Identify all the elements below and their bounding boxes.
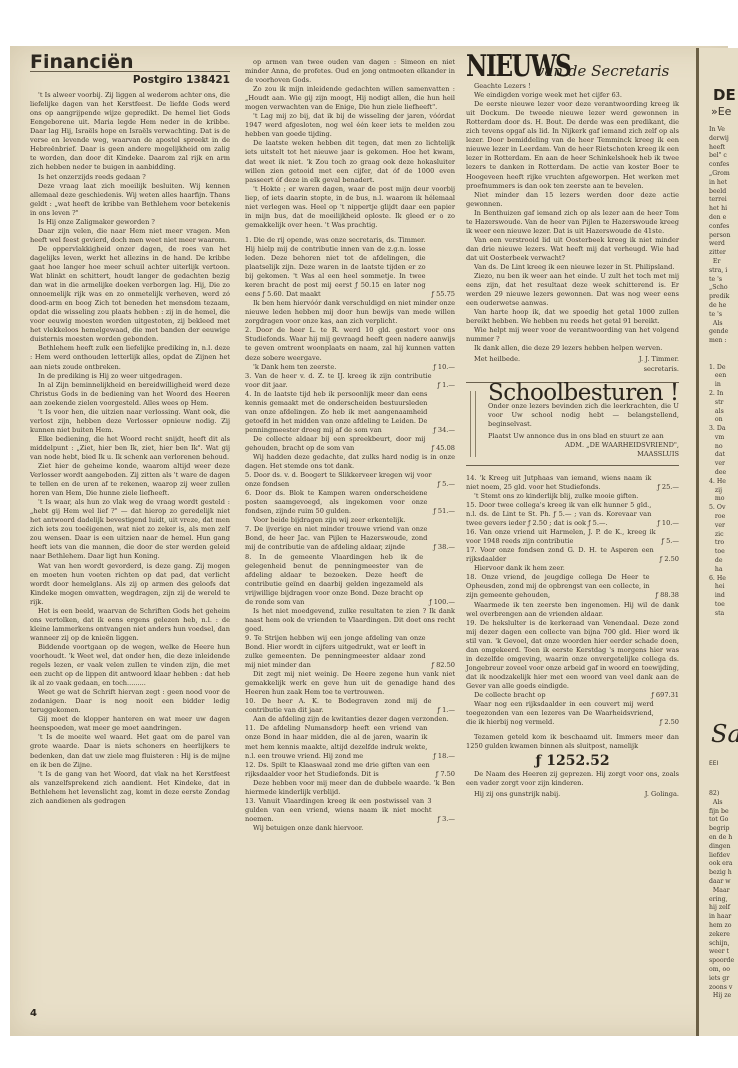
financien-body: 't Is alweer voorbij. Zij liggen al wede… bbox=[30, 91, 230, 806]
paragraph: 't Is de gang van het Woord, dat vlak na… bbox=[30, 770, 230, 806]
advert-call: Plaatst Uw annonce dus in ons blad en st… bbox=[488, 432, 679, 441]
text-line: begrip bbox=[709, 825, 734, 834]
paragraph: Zo zou ik mijn inleidende gedachten will… bbox=[245, 85, 455, 112]
text-line bbox=[709, 346, 730, 355]
text-line: person bbox=[709, 232, 730, 241]
paragraph: Het is een beeld, waarvan de Schriften G… bbox=[30, 607, 230, 643]
text-line: 2. In bbox=[709, 390, 730, 399]
donation-entry: De collecte aldaar bij een spreekbeurt, … bbox=[245, 435, 455, 453]
entry-text: 10. De heer A. K. te Bodegraven zond mij… bbox=[245, 697, 432, 715]
paragraph: We eindigden vorige week met het cijfer … bbox=[466, 91, 679, 100]
donation-entry: De collecte bracht opƒ 697.31 bbox=[466, 691, 679, 700]
donation-entry: 10. De heer A. K. te Bodegraven zond mij… bbox=[245, 697, 455, 715]
text-line: hem zo bbox=[709, 922, 734, 931]
adjacent-text: In Vederwijheeftbel" cconfes„Gromin hetb… bbox=[709, 126, 730, 619]
text-line: dee bbox=[709, 469, 730, 478]
text-line: liefdev bbox=[709, 852, 734, 861]
donation-entry: 't Stemt ons zo kinderlijk blij, zulke m… bbox=[466, 492, 679, 501]
entry-amount: ƒ 18.— bbox=[427, 752, 455, 761]
advert-body: Onder onze lezers bevinden zich die leer… bbox=[488, 402, 679, 429]
text-line: ver bbox=[709, 522, 730, 531]
paragraph: In al Zijn beminnelijkheid en bereidwill… bbox=[30, 381, 230, 408]
paragraph: 't Is de moeite wel waard. Het gaat om d… bbox=[30, 733, 230, 769]
donation-entry: 12. Ds. Spilt te Klaaswaal zond me drie … bbox=[245, 761, 455, 779]
adjacent-section-text: 82) Alsfijn betot Gobegripen de hdingenl… bbox=[709, 790, 734, 1001]
entry-amount: ƒ 34.— bbox=[427, 426, 455, 435]
financien-final-2: Hij zij ons gunstrijk nabij. bbox=[466, 790, 560, 799]
text-line: vm bbox=[709, 434, 730, 443]
text-line: confes bbox=[709, 223, 730, 232]
entry-text: 4. In de laatste tijd heb ik persoonlijk… bbox=[245, 390, 427, 435]
paragraph: De eerste nieuwe lezer voor deze verantw… bbox=[466, 100, 679, 190]
nieuws-header: NIEUWS van de Secretaris bbox=[466, 62, 679, 76]
paragraph: Van ds. De Lint kreeg ik een nieuwe leze… bbox=[466, 263, 679, 272]
entry-text: 16. Van onze vriend uit Harmelen, J. P. … bbox=[466, 528, 656, 546]
text-line: Maar bbox=[709, 887, 734, 896]
text-line: dingen bbox=[709, 843, 734, 852]
text-line: Hij ze bbox=[709, 992, 734, 1001]
text-line: weer t bbox=[709, 948, 734, 957]
donation-entry: Deze hebben voor mij meer dan de dubbele… bbox=[245, 779, 455, 797]
text-line: ver bbox=[709, 460, 730, 469]
entry-text: 12. Ds. Spilt te Klaaswaal zond me drie … bbox=[245, 761, 430, 779]
text-line: no bbox=[709, 443, 730, 452]
paragraph: Wat van hen wordt gevorderd, is deze gan… bbox=[30, 562, 230, 607]
text-line: on bbox=[709, 416, 730, 425]
donation-entry: 3. Van de heer v. d. Z. te IJ. kreeg ik … bbox=[245, 372, 455, 390]
text-line: heeft bbox=[709, 144, 730, 153]
entry-text: 18. Onze vriend, de jeugdige collega De … bbox=[466, 573, 650, 600]
financien-continuation: op armen van twee ouden van dagen : Sime… bbox=[245, 58, 455, 230]
text-line: bezig h bbox=[709, 869, 734, 878]
text-line: tro bbox=[709, 539, 730, 548]
text-line: toe bbox=[709, 548, 730, 557]
paragraph: Niet minder dan 15 lezers werden door de… bbox=[466, 191, 679, 209]
donation-entry: Wij hadden deze gedachte, dat zulks hard… bbox=[245, 453, 455, 471]
donation-entry: 7. De ijverige en niet minder trouwe vri… bbox=[245, 525, 455, 552]
text-line: in het bbox=[709, 179, 730, 188]
text-line: „Scho bbox=[709, 284, 730, 293]
paragraph: De laatste weken hebben dit tegen, dat m… bbox=[245, 139, 455, 184]
text-line: de bbox=[709, 557, 730, 566]
paragraph: Bethlehem heeft zulk een liefelijke pred… bbox=[30, 344, 230, 371]
nieuws-body: We eindigden vorige week met het cijfer … bbox=[466, 91, 679, 353]
adjacent-section-sub: EEI bbox=[709, 760, 718, 769]
entry-text: 1. Die de rij opende, was onze secretari… bbox=[245, 236, 426, 299]
text-line: 82) bbox=[709, 790, 734, 799]
entry-text: 6. Door ds. Blok te Kampen waren ondersc… bbox=[245, 489, 427, 516]
paragraph: Ziet hier de geheime konde, waarom altij… bbox=[30, 462, 230, 498]
text-line: 4. He bbox=[709, 478, 730, 487]
paragraph: Van harte hoop ik, dat we spoedig het ge… bbox=[466, 308, 679, 326]
donation-entry: 'k Dank hem ten zeerste.ƒ 10.— bbox=[245, 363, 455, 372]
text-line: schijn, bbox=[709, 940, 734, 949]
donation-entry: Ik ben hem hiervóór dank verschuldigd en… bbox=[245, 299, 455, 326]
paragraph: Van een verstrooid lid uit Oosterbeek kr… bbox=[466, 236, 679, 263]
paragraph: Deze vraag laat zich moeilijk besluiten.… bbox=[30, 182, 230, 218]
advert-address-1: ADM. „DE WAARHEIDSVRIEND", bbox=[488, 441, 679, 450]
text-line: bel" c bbox=[709, 152, 730, 161]
text-line: fijn be bbox=[709, 808, 734, 817]
text-line: een bbox=[709, 372, 730, 381]
text-line: zekere bbox=[709, 931, 734, 940]
paragraph: Ziezo, nu ben ik weer aan het einde. U z… bbox=[466, 272, 679, 308]
paragraph: 't Hokte ; er waren dagen, waar de post … bbox=[245, 185, 455, 230]
text-line: tot Go bbox=[709, 816, 734, 825]
text-line: werd bbox=[709, 240, 730, 249]
donation-entry: 11. De afdeling Numansdorp heeft een vri… bbox=[245, 724, 455, 760]
paragraph: 't Is voor hen, die uitzien naar verloss… bbox=[30, 408, 230, 435]
text-line: sta bbox=[709, 610, 730, 619]
paragraph: Ik dank allen, die deze 29 lezers hebben… bbox=[466, 344, 679, 353]
entry-text: 9. Te Strijen hebben wij een jonge afdel… bbox=[245, 634, 426, 670]
paragraph: In Benthuizen gaf iemand zich op als lez… bbox=[466, 209, 679, 236]
donation-entry: 6. Door ds. Blok te Kampen waren ondersc… bbox=[245, 489, 455, 516]
text-line: ha bbox=[709, 566, 730, 575]
text-line: om, oo bbox=[709, 966, 734, 975]
text-line: „Grom bbox=[709, 170, 730, 179]
text-line: roe bbox=[709, 513, 730, 522]
nieuws-signature: Met heilbede. J. J. Timmer. secretaris. bbox=[466, 355, 679, 373]
nieuws-closing: Met heilbede. bbox=[466, 355, 520, 373]
entry-text: 14. 'k Kreeg uit Jutphaas van iemand, wi… bbox=[466, 474, 651, 492]
adjacent-section-title: Sa bbox=[711, 720, 738, 748]
entry-text: 5. Door ds. v. d. Boogert te Slikkerveer… bbox=[245, 471, 432, 489]
entry-amount: ƒ 100.— bbox=[423, 598, 455, 607]
paragraph: Biddende voortgaan op de wegen, welke de… bbox=[30, 643, 230, 688]
entry-text: 3. Van de heer v. d. Z. te IJ. kreeg ik … bbox=[245, 372, 432, 390]
paragraph: 't Lag mij zo bij, dat ik bij de wisseli… bbox=[245, 112, 455, 139]
entry-amount: ƒ 1.— bbox=[432, 381, 455, 390]
entry-text: De collecte aldaar bij een spreekbeurt, … bbox=[245, 435, 426, 453]
text-line: predik bbox=[709, 293, 730, 302]
text-line: beeld bbox=[709, 188, 730, 197]
donation-entry: 9. Te Strijen hebben wij een jonge afdel… bbox=[245, 634, 455, 670]
text-line: zij bbox=[709, 487, 730, 496]
financien-title: Financiën bbox=[30, 58, 230, 67]
advert-address-2: MAASSLUIS bbox=[488, 450, 679, 459]
text-line: zic bbox=[709, 531, 730, 540]
entry-text: De collecte bracht op bbox=[466, 691, 546, 700]
entry-amount: ƒ 38.— bbox=[427, 543, 455, 552]
donation-entry: Waarmede ik ten zeerste ben ingenomen. H… bbox=[466, 601, 679, 619]
text-line: 5. Ov bbox=[709, 504, 730, 513]
paragraph: 't Is alweer voorbij. Zij liggen al wede… bbox=[30, 91, 230, 172]
paragraph: 't Is waar, als hun zo vlak weg de vraag… bbox=[30, 498, 230, 561]
grand-total: ƒ 1252.52 bbox=[466, 757, 679, 766]
postgiro-number: Postgiro 138421 bbox=[30, 76, 230, 85]
column-financien: Financiën Postgiro 138421 't Is alweer v… bbox=[30, 58, 230, 806]
text-line: iets gr bbox=[709, 975, 734, 984]
donation-entry: 14. 'k Kreeg uit Jutphaas van iemand, wi… bbox=[466, 474, 679, 492]
text-line: daar w bbox=[709, 878, 734, 887]
text-line: spoorde bbox=[709, 957, 734, 966]
entry-amount: ƒ 5.— bbox=[432, 480, 455, 489]
entry-text: 17. Voor onze fondsen zond G. D. H. te A… bbox=[466, 546, 654, 564]
advert-title: Schoolbesturen ! bbox=[488, 389, 679, 398]
paragraph: Daar zijn velen, die naar Hem niet meer … bbox=[30, 227, 230, 245]
nieuws-title: NIEUWS bbox=[466, 62, 522, 71]
signature-role: secretaris. bbox=[644, 365, 679, 373]
text-line: gende bbox=[709, 328, 730, 337]
paragraph: Elke bediening, die het Woord recht snij… bbox=[30, 435, 230, 462]
donation-entry: 13. Vanuit Vlaardingen kreeg ik een post… bbox=[245, 797, 455, 824]
donation-entry: Voor beide bijdragen zijn wij zeer erken… bbox=[245, 516, 455, 525]
entry-amount: ƒ 25.— bbox=[651, 483, 679, 492]
donation-entry: 5. Door ds. v. d. Boogert te Slikkerveer… bbox=[245, 471, 455, 489]
page-number: 4 bbox=[30, 1008, 37, 1019]
entry-amount: ƒ 88.38 bbox=[650, 591, 679, 600]
advertisement-box: Schoolbesturen ! Onder onze lezers bevin… bbox=[466, 382, 679, 466]
donation-entry: 16. Van onze vriend uit Harmelen, J. P. … bbox=[466, 528, 679, 546]
text-line: In Ve bbox=[709, 126, 730, 135]
text-line: Er bbox=[709, 258, 730, 267]
text-line: stra, i bbox=[709, 267, 730, 276]
text-line: ind bbox=[709, 592, 730, 601]
donation-entry: Aan de afdeling zijn de kwitanties dezer… bbox=[245, 715, 455, 724]
donation-list-continued: 14. 'k Kreeg uit Jutphaas van iemand, wi… bbox=[466, 474, 679, 727]
text-line: als bbox=[709, 408, 730, 417]
text-line: te 's bbox=[709, 311, 730, 320]
text-line: hij zelf bbox=[709, 904, 734, 913]
entry-text: 7. De ijverige en niet minder trouwe vri… bbox=[245, 525, 427, 552]
entry-amount: ƒ 2.50 bbox=[654, 718, 679, 727]
donation-entry: Waar nog een rijksdaalder in een couvert… bbox=[466, 700, 679, 727]
text-line: het hi bbox=[709, 205, 730, 214]
entry-amount: ƒ 2.50 bbox=[654, 555, 679, 564]
entry-amount: ƒ 3.— bbox=[432, 815, 455, 824]
text-line: zitter bbox=[709, 249, 730, 258]
text-line: confes bbox=[709, 161, 730, 170]
financien-final: De Naam des Heeren zij geprezen. Hij zor… bbox=[466, 770, 679, 788]
entry-amount: ƒ 7.50 bbox=[430, 770, 455, 779]
text-line: in haar bbox=[709, 913, 734, 922]
entry-amount: ƒ 1.— bbox=[432, 706, 455, 715]
donation-entry: 8. In de gemeente Vlaardingen heb ik de … bbox=[245, 553, 455, 607]
entry-amount: ƒ 45.08 bbox=[426, 444, 455, 453]
text-line: 6. He bbox=[709, 575, 730, 584]
text-line: derwij bbox=[709, 135, 730, 144]
entry-text: 'k Dank hem ten zeerste. bbox=[245, 363, 336, 372]
adjacent-page: DE »Ee In Vederwijheeftbel" cconfes„Grom… bbox=[696, 48, 738, 1036]
text-line: toe bbox=[709, 601, 730, 610]
donation-entry: 1. Die de rij opende, was onze secretari… bbox=[245, 236, 455, 299]
text-line: te 's bbox=[709, 276, 730, 285]
text-line: ering, bbox=[709, 896, 734, 905]
text-line: hei bbox=[709, 583, 730, 592]
column-financien-entries: op armen van twee ouden van dagen : Sime… bbox=[245, 58, 455, 833]
text-line: terrei bbox=[709, 196, 730, 205]
entry-text: 15. Door twee collega's kreeg ik van elk… bbox=[466, 501, 651, 528]
text-line: ook era bbox=[709, 860, 734, 869]
donation-entry: Is het niet moedgevend, zulke resultaten… bbox=[245, 607, 455, 634]
text-line: men : bbox=[709, 337, 730, 346]
financien-signature: Hij zij ons gunstrijk nabij. J. Golinga. bbox=[466, 790, 679, 799]
financien-signer: J. Golinga. bbox=[645, 790, 679, 799]
financien-closing: Tezamen geteld kom ik beschaamd uit. Imm… bbox=[466, 733, 679, 751]
text-line: en de h bbox=[709, 834, 734, 843]
entry-text: 8. In de gemeente Vlaardingen heb ik de … bbox=[245, 553, 423, 607]
signature-name: J. J. Timmer. bbox=[639, 355, 679, 363]
adjacent-subtitle: »Ee bbox=[711, 105, 731, 118]
entry-amount: ƒ 55.75 bbox=[426, 290, 455, 299]
donation-entry: Dit zegt mij niet weinig. De Heere zegen… bbox=[245, 670, 455, 697]
paragraph: Weet ge wat de Schrift hiervan zegt : ge… bbox=[30, 688, 230, 715]
text-line: de he bbox=[709, 302, 730, 311]
text-line: Als bbox=[709, 320, 730, 329]
entry-amount: ƒ 51.— bbox=[427, 507, 455, 516]
paragraph: op armen van twee ouden van dagen : Sime… bbox=[245, 58, 455, 85]
paragraph: Wie helpt mij weer voor de verantwoordin… bbox=[466, 326, 679, 344]
text-line: mo bbox=[709, 495, 730, 504]
text-line bbox=[709, 355, 730, 364]
text-line: str bbox=[709, 399, 730, 408]
donation-list: 1. Die de rij opende, was onze secretari… bbox=[245, 236, 455, 833]
donation-entry: 4. In de laatste tijd heb ik persoonlijk… bbox=[245, 390, 455, 435]
donation-entry: Wij betuigen onze dank hiervoor. bbox=[245, 824, 455, 833]
donation-entry: 2. Door de heer L. te R. werd 10 gld. ge… bbox=[245, 326, 455, 362]
paragraph: Is Hij onze Zaligmaker geworden ? bbox=[30, 218, 230, 227]
paragraph: De oppervlakkigheid onzer dagen, de roes… bbox=[30, 245, 230, 345]
paragraph: Is het onzerzijds reeds gedaan ? bbox=[30, 173, 230, 182]
donation-entry: 15. Door twee collega's kreeg ik van elk… bbox=[466, 501, 679, 528]
text-line: Als bbox=[709, 799, 734, 808]
entry-text: 13. Vanuit Vlaardingen kreeg ik een post… bbox=[245, 797, 432, 824]
text-line: 1. De bbox=[709, 364, 730, 373]
text-line: zoons v bbox=[709, 984, 734, 993]
donation-entry: 17. Voor onze fondsen zond G. D. H. te A… bbox=[466, 546, 679, 564]
text-line: 3. Da bbox=[709, 425, 730, 434]
donation-entry: Hiervoor dank ik hem zeer. bbox=[466, 564, 679, 573]
text-line: dat bbox=[709, 451, 730, 460]
entry-amount: ƒ 82.50 bbox=[426, 661, 455, 670]
entry-text: 11. De afdeling Numansdorp heeft een vri… bbox=[245, 724, 427, 760]
entry-amount: ƒ 10.— bbox=[427, 363, 455, 372]
paragraph: In de prediking is Hij zo weer uitgedrag… bbox=[30, 372, 230, 381]
entry-amount: ƒ 10.— bbox=[651, 519, 679, 528]
paragraph: Gij moet de klopper hanteren en wat meer… bbox=[30, 715, 230, 733]
text-line: den e bbox=[709, 214, 730, 223]
entry-amount: ƒ 697.31 bbox=[645, 691, 679, 700]
column-nieuws: NIEUWS van de Secretaris Geachte Lezers … bbox=[466, 62, 679, 799]
donation-entry: 18. Onze vriend, de jeugdige collega De … bbox=[466, 573, 679, 600]
entry-amount: ƒ 5.— bbox=[656, 537, 679, 546]
entry-text: Waar nog een rijksdaalder in een couvert… bbox=[466, 700, 654, 727]
donation-entry: 19. De hekslulter is de kerkeraad van Ve… bbox=[466, 619, 679, 691]
text-line: in bbox=[709, 381, 730, 390]
adjacent-title: DE bbox=[713, 86, 736, 104]
